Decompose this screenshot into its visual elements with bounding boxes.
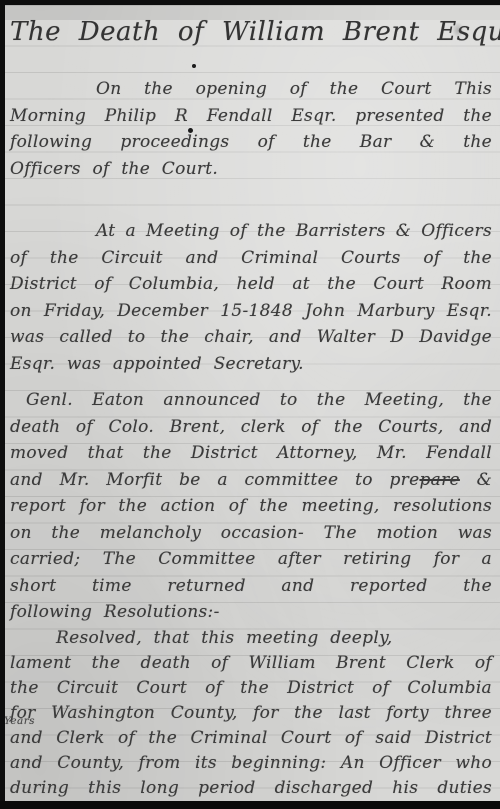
strike-after: &: [460, 470, 492, 490]
manuscript-line: for Washington County, for the last fort…: [10, 701, 492, 726]
manuscript-line: At a Meeting of the Barristers & Officer…: [10, 218, 492, 245]
line-text: and Clerk of the Criminal Court of said …: [10, 728, 492, 748]
manuscript-line: on Friday, December 15-1848 John Marbury…: [10, 298, 492, 325]
manuscript-line: Genl. Eaton announced to the Meeting, th…: [10, 387, 492, 414]
manuscript-line: during this long period discharged his d…: [10, 776, 492, 801]
manuscript-page: The Death of William Brent Esquire On th…: [0, 0, 500, 809]
manuscript-line: on the melancholy occasion- The motion w…: [10, 520, 492, 547]
smudge: [452, 22, 464, 38]
interlined-word: Years: [4, 716, 35, 726]
manuscript-line: lament the death of William Brent Clerk …: [10, 651, 492, 676]
manuscript-line: District of Columbia, held at the Court …: [10, 271, 492, 298]
manuscript-line: Resolved, that this meeting deeply,: [10, 626, 492, 651]
manuscript-line: following Resolutions:-: [10, 599, 492, 626]
paragraph-meeting: At a Meeting of the Barristers & Officer…: [10, 218, 492, 377]
manuscript-line: of the Circuit and Criminal Courts of th…: [10, 245, 492, 272]
scan-edge-bottom: [0, 801, 500, 809]
paragraph-resolution: Resolved, that this meeting deeply, lame…: [10, 626, 492, 801]
manuscript-line: Esqr. was appointed Secretary.: [10, 351, 492, 378]
manuscript-line: and County, from its beginning: An Offic…: [10, 751, 492, 776]
manuscript-line: On the opening of the Court This: [10, 76, 492, 103]
manuscript-line-with-interline: Yearsand Clerk of the Criminal Court of …: [10, 726, 492, 751]
ink-blot: [192, 64, 196, 68]
manuscript-content: The Death of William Brent Esquire On th…: [10, 10, 492, 801]
manuscript-line: Morning Philip R Fendall Esqr. presented…: [10, 103, 492, 130]
paragraph-opening: On the opening of the Court This Morning…: [10, 76, 492, 182]
manuscript-line: carried; The Committee after retiring fo…: [10, 546, 492, 573]
manuscript-line: Officers of the Court.: [10, 156, 492, 183]
manuscript-line: short time returned and reported the: [10, 573, 492, 600]
struck-word: pare: [419, 470, 459, 490]
strike-before: and Mr. Morfit be a committee to pre: [10, 470, 419, 490]
manuscript-line: death of Colo. Brent, clerk of the Court…: [10, 414, 492, 441]
ink-blot: [188, 128, 193, 133]
paragraph-announcement: Genl. Eaton announced to the Meeting, th…: [10, 387, 492, 626]
scan-edge-top: [0, 0, 500, 5]
manuscript-line: moved that the District Attorney, Mr. Fe…: [10, 440, 492, 467]
manuscript-line: following proceedings of the Bar & the: [10, 129, 492, 156]
scan-edge-left: [0, 0, 5, 809]
manuscript-line: was called to the chair, and Walter D Da…: [10, 324, 492, 351]
page-title: The Death of William Brent Esquire: [10, 10, 492, 54]
manuscript-line-with-strikeout: and Mr. Morfit be a committee to prepare…: [10, 467, 492, 494]
manuscript-line: the Circuit Court of the District of Col…: [10, 676, 492, 701]
manuscript-line: report for the action of the meeting, re…: [10, 493, 492, 520]
